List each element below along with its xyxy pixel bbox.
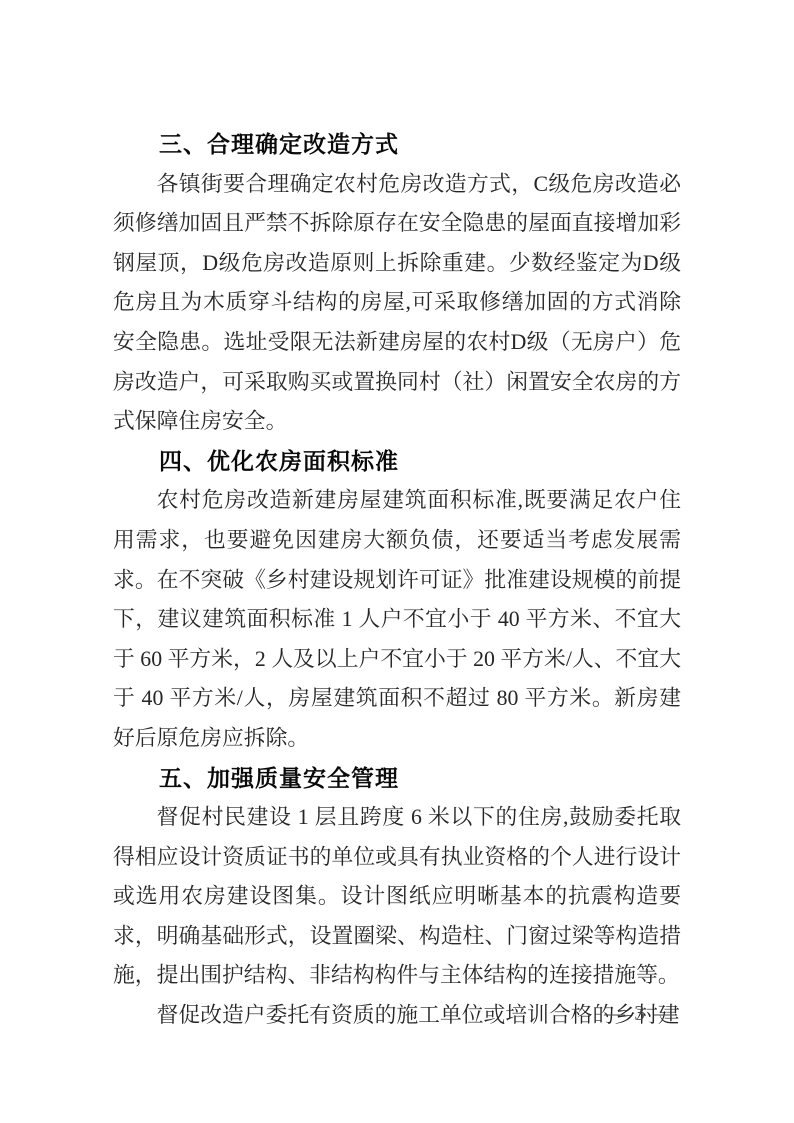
page-footer: — 3 — bbox=[604, 998, 677, 1028]
page-number: — 3 — bbox=[604, 1001, 677, 1025]
section-4-paragraph: 农村危房改造新建房屋建筑面积标准,既要满足农户住用需求，也要避免因建房大额负债，… bbox=[113, 481, 681, 758]
document-page: 三、合理确定改造方式 各镇街要合理确定农村危房改造方式，C级危房改造必须修缮加固… bbox=[0, 0, 794, 1123]
section-5-paragraph-1: 督促村民建设 1 层且跨度 6 米以下的住房,鼓励委托取得相应设计资质证书的单位… bbox=[113, 798, 681, 996]
section-5: 五、加强质量安全管理 督促村民建设 1 层且跨度 6 米以下的住房,鼓励委托取得… bbox=[113, 759, 681, 1036]
document-body: 三、合理确定改造方式 各镇街要合理确定农村危房改造方式，C级危房改造必须修缮加固… bbox=[113, 125, 681, 1036]
section-4: 四、优化农房面积标准 农村危房改造新建房屋建筑面积标准,既要满足农户住用需求，也… bbox=[113, 442, 681, 759]
section-5-paragraph-2: 督促改造户委托有资质的施工单位或培训合格的乡村建 bbox=[113, 996, 681, 1036]
section-3-heading: 三、合理确定改造方式 bbox=[113, 125, 681, 165]
section-3: 三、合理确定改造方式 各镇街要合理确定农村危房改造方式，C级危房改造必须修缮加固… bbox=[113, 125, 681, 442]
section-4-heading: 四、优化农房面积标准 bbox=[113, 442, 681, 482]
section-3-paragraph: 各镇街要合理确定农村危房改造方式，C级危房改造必须修缮加固且严禁不拆除原存在安全… bbox=[113, 165, 681, 442]
section-5-heading: 五、加强质量安全管理 bbox=[113, 759, 681, 799]
